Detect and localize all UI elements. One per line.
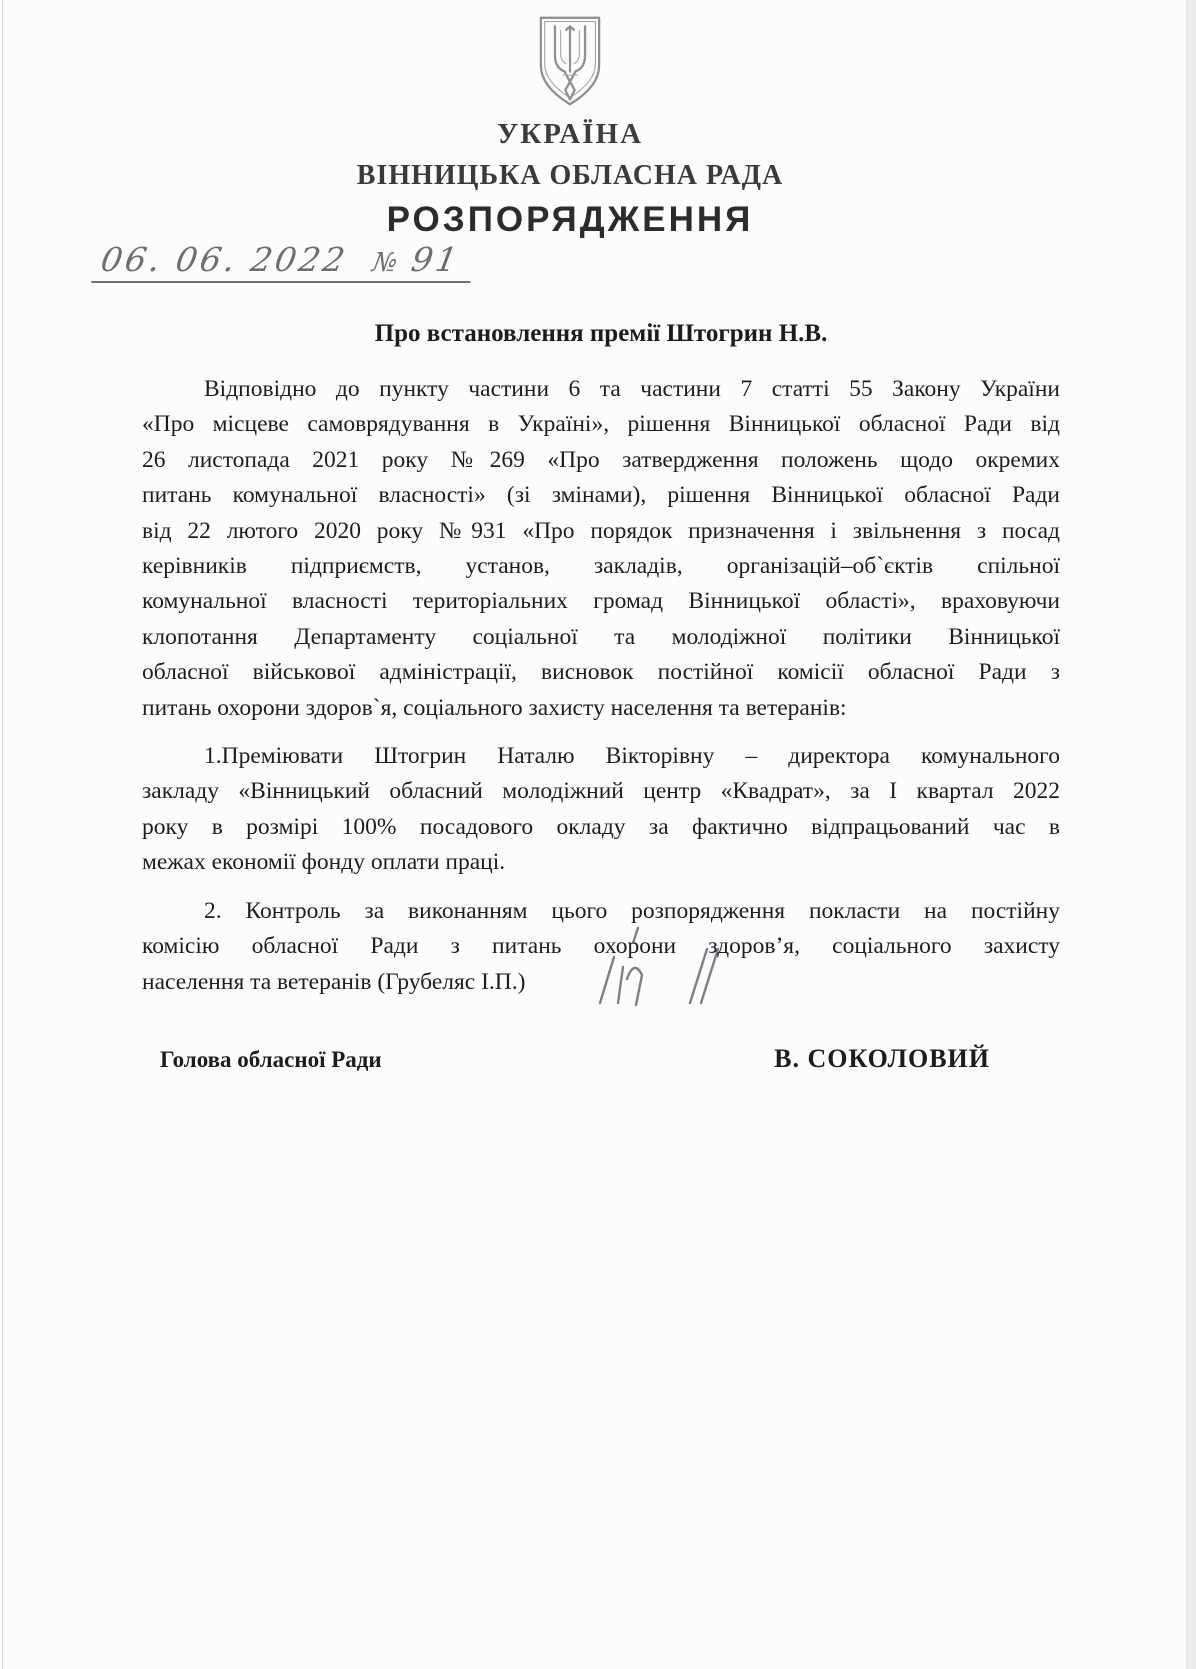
order-item-1: 1.Преміювати Штогрин Наталю Вікторівну –… (142, 739, 1060, 881)
body-line: питань комунальної власності» (зі змінам… (142, 478, 1060, 513)
body-line: клопотання Департаменту соціальної та мо… (142, 620, 1060, 655)
scan-edge-right (1186, 0, 1196, 1669)
body-line: «Про місцеве самоврядування в Україні», … (142, 407, 1060, 442)
handwritten-document-number: 91 (408, 240, 463, 279)
body-line: 2. Контроль за виконанням цього розпоряд… (142, 894, 1060, 929)
document-page: УКРАЇНА ВІННИЦЬКА ОБЛАСНА РАДА РОЗПОРЯДЖ… (0, 0, 1196, 1669)
handwritten-date: 06. 06. 2022 (98, 240, 351, 279)
issuing-authority: ВІННИЦЬКА ОБЛАСНА РАДА (0, 160, 1140, 192)
body-line: закладу «Вінницький обласний молодіжний … (142, 774, 1060, 809)
number-sign: № (370, 248, 400, 278)
body-line: 1.Преміювати Штогрин Наталю Вікторівну –… (142, 739, 1060, 774)
body-line: обласної військової адміністрації, висно… (142, 655, 1060, 690)
order-item-2: 2. Контроль за виконанням цього розпоряд… (142, 894, 1060, 1000)
body-line: керівників підприємств, установ, закладі… (142, 549, 1060, 584)
body-line: населення та ветеранів (Грубеляс І.П.) (142, 965, 1060, 1000)
ukraine-coat-of-arms-icon (533, 14, 607, 108)
body-line: межах економії фонду оплати праці. (142, 845, 1060, 880)
document-type-heading: РОЗПОРЯДЖЕННЯ (0, 200, 1140, 240)
body-line: Відповідно до пункту частини 6 та частин… (142, 372, 1060, 407)
body-line: комісію обласної Ради з питань охорони з… (142, 929, 1060, 964)
document-title: Про встановлення премії Штогрин Н.В. (142, 320, 1060, 348)
document-body: Відповідно до пункту частини 6 та частин… (142, 372, 1060, 1000)
body-line: питань охорони здоров`я, соціального зах… (142, 691, 1060, 726)
handwritten-date-number-line: 06. 06. 2022№91 (91, 240, 477, 283)
body-line: від 22 лютого 2020 року №931 «Про порядо… (142, 514, 1060, 549)
scan-edge-left (2, 0, 3, 1669)
country-name: УКРАЇНА (0, 118, 1140, 151)
preamble-paragraph: Відповідно до пункту частини 6 та частин… (142, 372, 1060, 726)
signer-name: В. СОКОЛОВИЙ (774, 1044, 1060, 1074)
body-line: року в розмірі 100% посадового окладу за… (142, 810, 1060, 845)
document-header: УКРАЇНА ВІННИЦЬКА ОБЛАСНА РАДА РОЗПОРЯДЖ… (0, 14, 1140, 240)
body-line: комунальної власності територіальних гро… (142, 584, 1060, 619)
body-line: 26 листопада 2021 року №269 «Про затверд… (142, 443, 1060, 478)
signature-row: Голова обласної Ради В. СОКОЛОВИЙ (142, 1044, 1060, 1074)
signer-position: Голова обласної Ради (142, 1047, 382, 1073)
